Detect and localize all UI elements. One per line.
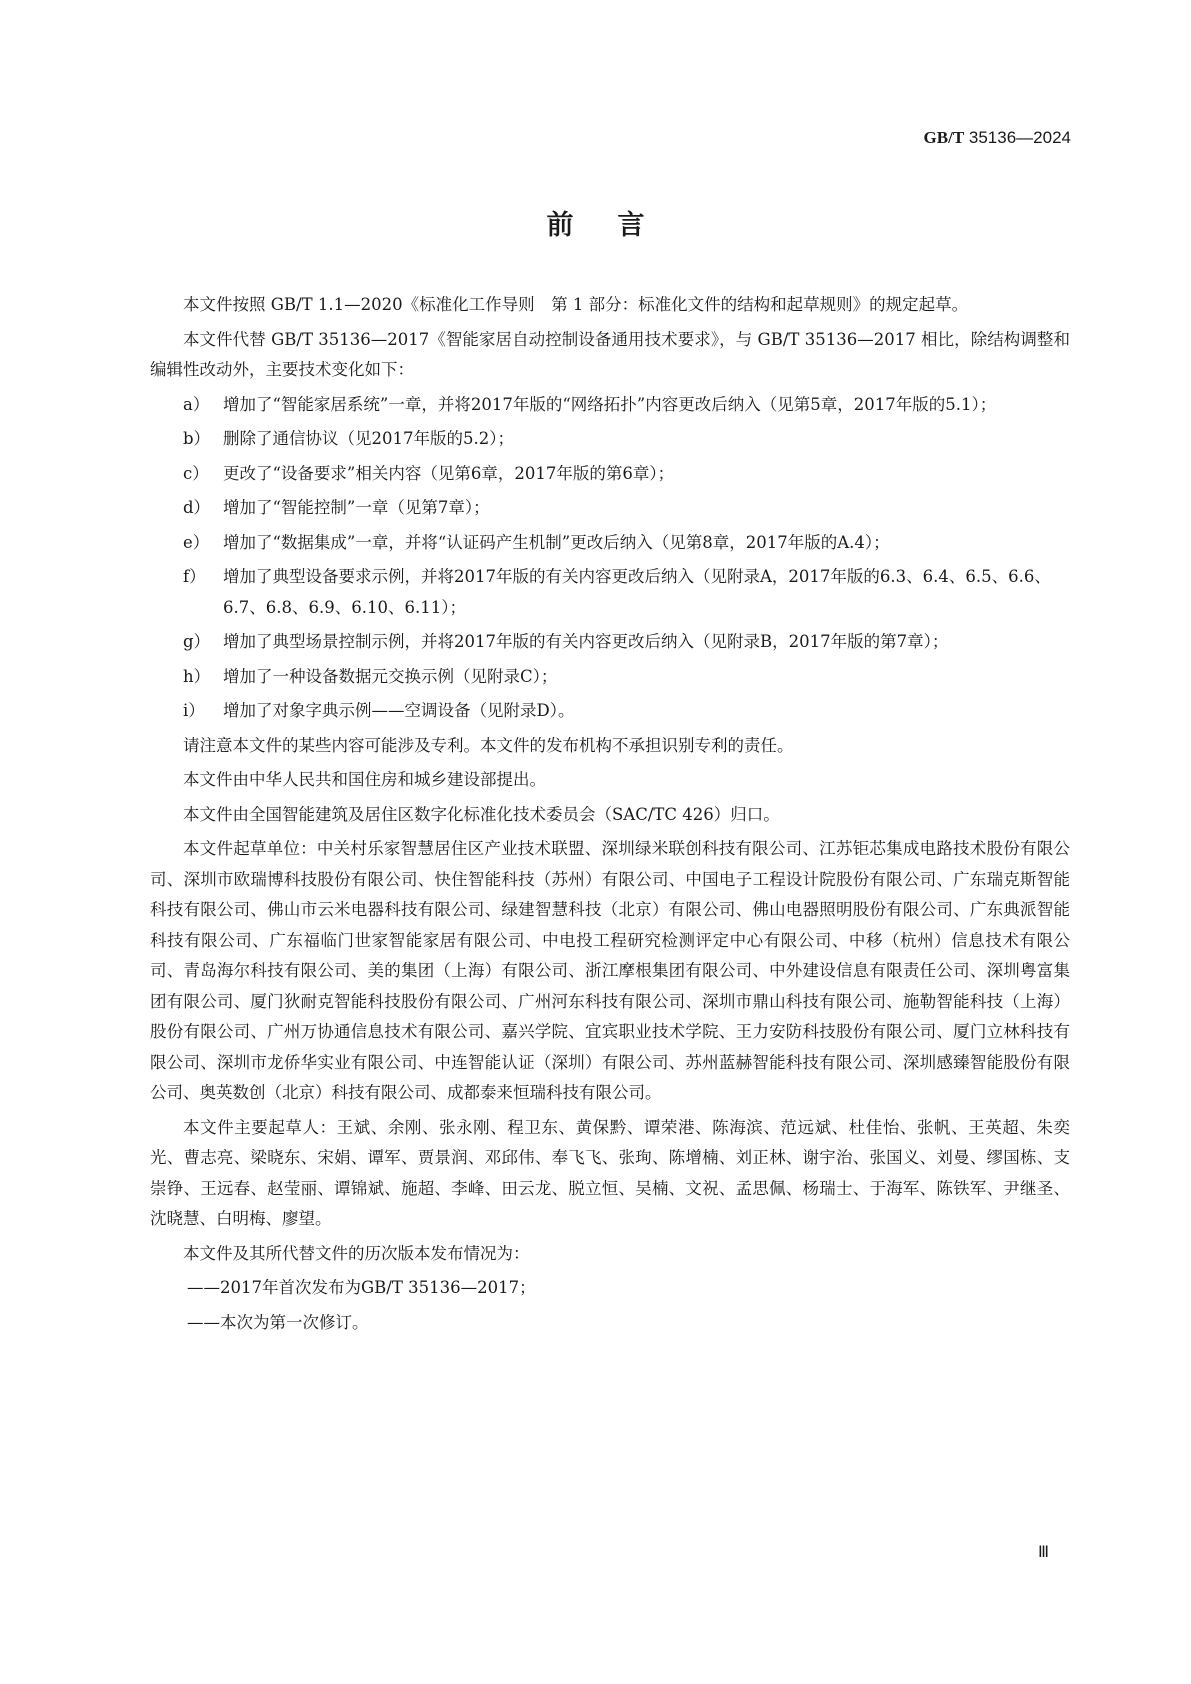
standard-code: GB/T 35136—2024 — [924, 128, 1071, 148]
patent-notice: 请注意本文件的某些内容可能涉及专利。本文件的发布机构不承担识别专利的责任。 — [150, 731, 1070, 762]
history-item: ——本次为第一次修订。 — [150, 1308, 1070, 1339]
paragraph-replacement: 本文件代替 GB/T 35136—2017《智能家居自动控制设备通用技术要求》，… — [150, 325, 1070, 386]
proposer-statement: 本文件由中华人民共和国住房和城乡建设部提出。 — [150, 765, 1070, 796]
item-marker: d） — [183, 493, 223, 524]
item-marker: i） — [183, 696, 223, 727]
change-item: a）增加了“智能家居系统”一章，并将2017年版的“网络拓扑”内容更改后纳入（见… — [150, 390, 1070, 421]
item-text: 增加了典型设备要求示例，并将2017年版的有关内容更改后纳入（见附录A，2017… — [223, 562, 1070, 623]
page-title: 前言 — [0, 203, 1191, 242]
item-text: 增加了典型场景控制示例，并将2017年版的有关内容更改后纳入（见附录B，2017… — [223, 627, 1070, 658]
item-text: 增加了“智能控制”一章（见第7章）； — [223, 493, 1070, 524]
change-item: i）增加了对象字典示例——空调设备（见附录D）。 — [150, 696, 1070, 727]
item-marker: b） — [183, 424, 223, 455]
history-item: ——2017年首次发布为GB/T 35136—2017； — [150, 1273, 1070, 1304]
item-text: 增加了一种设备数据元交换示例（见附录C）； — [223, 662, 1070, 693]
item-marker: e） — [183, 528, 223, 559]
item-text: 增加了“智能家居系统”一章，并将2017年版的“网络拓扑”内容更改后纳入（见第5… — [223, 390, 1070, 421]
change-item: h）增加了一种设备数据元交换示例（见附录C）； — [150, 662, 1070, 693]
item-text: 删除了通信协议（见2017年版的5.2）； — [223, 424, 1070, 455]
item-text: 更改了“设备要求”相关内容（见第6章，2017年版的第6章）； — [223, 459, 1070, 490]
standard-number: 35136—2024 — [964, 128, 1071, 147]
change-item: g）增加了典型场景控制示例，并将2017年版的有关内容更改后纳入（见附录B，20… — [150, 627, 1070, 658]
history-intro: 本文件及其所代替文件的历次版本发布情况为： — [150, 1239, 1070, 1270]
item-marker: f） — [183, 562, 223, 623]
item-marker: h） — [183, 662, 223, 693]
committee-statement: 本文件由全国智能建筑及居住区数字化标准化技术委员会（SAC/TC 426）归口。 — [150, 800, 1070, 831]
change-item: f）增加了典型设备要求示例，并将2017年版的有关内容更改后纳入（见附录A，20… — [150, 562, 1070, 623]
item-marker: c） — [183, 459, 223, 490]
page-number: Ⅲ — [1038, 1542, 1049, 1562]
item-text: 增加了“数据集成”一章，并将“认证码产生机制”更改后纳入（见第8章，2017年版… — [223, 528, 1070, 559]
item-marker: g） — [183, 627, 223, 658]
item-marker: a） — [183, 390, 223, 421]
item-text: 增加了对象字典示例——空调设备（见附录D）。 — [223, 696, 1070, 727]
foreword-body: 本文件按照 GB/T 1.1—2020《标准化工作导则 第 1 部分：标准化文件… — [150, 290, 1070, 1342]
drafters: 本文件主要起草人：王斌、余刚、张永刚、程卫东、黄保黔、谭荣港、陈海滨、范远斌、杜… — [150, 1113, 1070, 1235]
change-item: e）增加了“数据集成”一章，并将“认证码产生机制”更改后纳入（见第8章，2017… — [150, 528, 1070, 559]
change-item: c）更改了“设备要求”相关内容（见第6章，2017年版的第6章）； — [150, 459, 1070, 490]
change-item: b）删除了通信协议（见2017年版的5.2）； — [150, 424, 1070, 455]
paragraph-drafting-rules: 本文件按照 GB/T 1.1—2020《标准化工作导则 第 1 部分：标准化文件… — [150, 290, 1070, 321]
drafting-units: 本文件起草单位：中关村乐家智慧居住区产业技术联盟、深圳绿米联创科技有限公司、江苏… — [150, 834, 1070, 1109]
change-item: d）增加了“智能控制”一章（见第7章）； — [150, 493, 1070, 524]
standard-prefix: GB/T — [924, 128, 965, 147]
